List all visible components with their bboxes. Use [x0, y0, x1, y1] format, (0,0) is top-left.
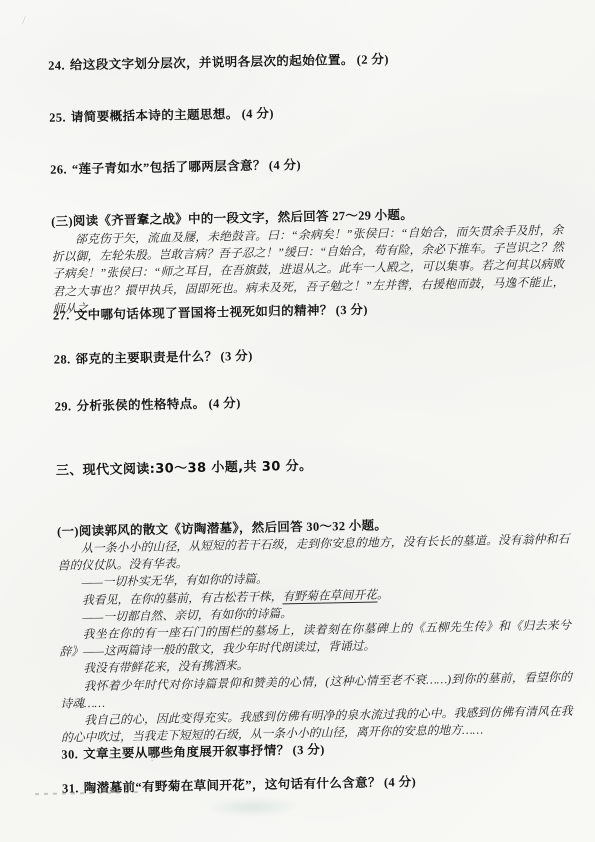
question-30-score: (3 分) — [292, 743, 324, 758]
question-25-text: 请简要概括本诗的主题思想。 — [71, 107, 239, 124]
question-30-text: 文章主要从哪些角度展开叙事抒情？ — [83, 743, 290, 761]
question-26-text: “莲子青如水”包括了哪两层含意？ — [72, 159, 266, 177]
question-28-score: (3 分) — [220, 349, 252, 364]
question-28: 28.郤克的主要职责是什么？(3 分) — [54, 342, 566, 368]
page-sheet: ⁄ 24.给这段文字划分层次，并说明各层次的起始位置。(2 分) 25.请简要概… — [0, 0, 595, 842]
question-26: 26.“莲子青如水”包括了哪两层含意？(4 分) — [50, 152, 562, 178]
question-27-number: 27. — [53, 308, 70, 322]
question-29: 29.分析张侯的性格特点。(4 分) — [55, 389, 567, 415]
question-28-text: 郤克的主要职责是什么？ — [75, 350, 217, 367]
section-three-heading: 三、现代文阅读:30～38 小题,共 30 分。 — [56, 450, 568, 479]
question-29-number: 29. — [55, 399, 72, 413]
modern-passage: 从一条小小的山径，从短短的若干石级，走到你安息的地方，没有长长的墓道。没有翁仲和… — [57, 531, 573, 747]
question-24: 24.给这段文字划分层次，并说明各层次的起始位置。(2 分) — [48, 48, 560, 74]
question-27-text: 文中哪句话体现了晋国将士视死如归的精神？ — [75, 303, 333, 322]
scanned-exam-page: { "questions": [ { "number": "24.", "bod… — [0, 0, 595, 842]
question-25-number: 25. — [49, 110, 66, 124]
question-24-text: 给这段文字划分层次，并说明各层次的起始位置。 — [70, 53, 354, 72]
question-26-score: (4 分) — [269, 158, 301, 173]
paragraph-3-tail: 。 — [377, 587, 389, 601]
question-25: 25.请简要概括本诗的主题思想。(4 分) — [49, 100, 561, 126]
question-24-number: 24. — [48, 58, 65, 72]
question-30-number: 30. — [61, 747, 78, 761]
stray-mark-artifact: ! — [150, 753, 154, 764]
paragraph-3-lead: 我看见，在你的墓前，有古松若干株， — [82, 589, 283, 607]
question-29-score: (4 分) — [208, 396, 240, 411]
pen-mark-artifact: ⁄ — [22, 7, 53, 23]
underlined-phrase: 有野菊在草间开花 — [282, 587, 377, 604]
ink-bleed-smudge — [197, 793, 307, 821]
question-29-text: 分析张侯的性格特点。 — [76, 397, 205, 413]
question-25-score: (4 分) — [241, 106, 273, 121]
question-28-number: 28. — [54, 352, 71, 366]
question-26-number: 26. — [50, 162, 67, 176]
question-24-score: (2 分) — [357, 52, 389, 67]
question-31-score: (4 分) — [384, 775, 416, 790]
question-27-score: (3 分) — [336, 303, 368, 318]
section-three-title: 三、现代文阅读:30～38 小题,共 30 分。 — [56, 459, 313, 479]
